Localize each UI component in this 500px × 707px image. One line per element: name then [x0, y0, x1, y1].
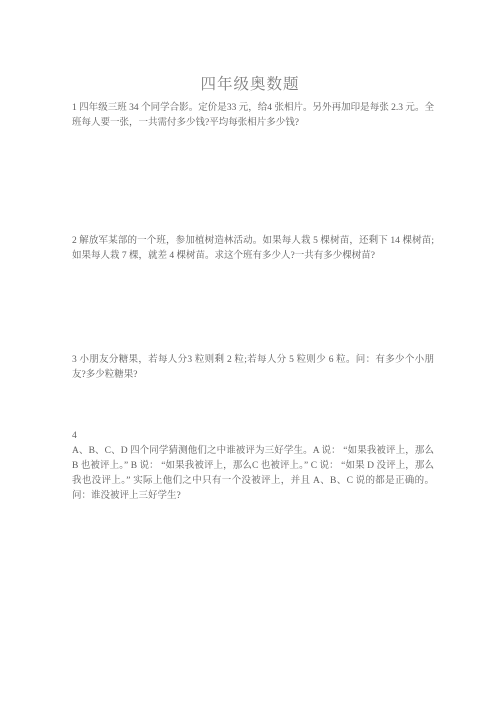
- problem-3-text: 3 小朋友分糖果，若每人分3 粒则剩 2 粒;若每人分 5 粒则少 6 粒。问：…: [72, 353, 434, 383]
- page-title: 四年级奥数题: [0, 72, 500, 94]
- problem-1-text: 1 四年级三班 34 个同学合影。定价是33 元，给4 张相片。另外再加印是每张…: [72, 101, 434, 131]
- problem-4-number: 4: [72, 429, 77, 444]
- problem-2-text: 2 解放军某部的一个班，参加植树造林活动。如果每人栽 5 棵树苗，还剩下 14 …: [72, 234, 434, 264]
- problem-4-text: A、B、C、D 四个同学猜测他们之中谁被评为三好学生。A 说： “如果我被评上，…: [72, 444, 434, 504]
- worksheet-page: 四年级奥数题 1 四年级三班 34 个同学合影。定价是33 元，给4 张相片。另…: [0, 0, 500, 707]
